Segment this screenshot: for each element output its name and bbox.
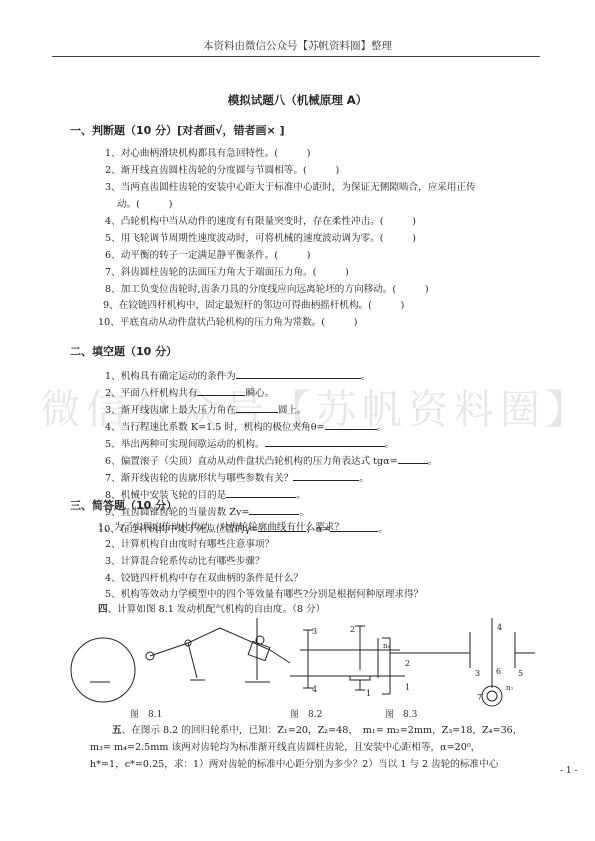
answer-blank-2[interactable] (197, 385, 245, 396)
fill-item-5: 5、举出两种可实现间歇运动的机构。。 (105, 436, 394, 451)
svg-text:3: 3 (475, 669, 480, 678)
judge-item-2: 2、渐开线直齿圆柱齿轮的分度圆与节圆相等。( ) (105, 164, 339, 177)
section-3-heading: 三、简答题（10 分） (70, 497, 177, 513)
answer-blank-8[interactable] (226, 487, 296, 498)
section-4-heading: 四、计算如图 8.1 发动机配气机构的自由度。（8 分） (98, 603, 325, 616)
judge-item-9: 9、在铰链四杆机构中，固定最短杆的邻边可得曲柄摇杆机构。( ) (103, 299, 404, 312)
figure-8-1-caption: 图 8.1 (130, 707, 162, 720)
svg-text:1: 1 (405, 683, 410, 692)
answer-blank-4[interactable] (325, 419, 377, 430)
svg-text:3: 3 (312, 627, 317, 636)
judge-item-8: 8、加工负变位齿轮时,齿条刀具的分度线应向远离轮坯的方向移动。( ) (105, 283, 429, 296)
answer-blank-9[interactable] (249, 504, 299, 515)
page-header: 本资料由微信公众号【苏帆资料圈】整理 (0, 38, 595, 53)
judge-item-5: 5、用飞轮调节周期性速度波动时，可将机械的速度波动调为零。( ) (105, 232, 416, 245)
svg-text:6: 6 (496, 667, 501, 676)
section-2-heading: 二、填空题（10 分） (70, 343, 177, 359)
answer-blank-3[interactable] (236, 402, 278, 413)
svg-text:n₁: n₁ (383, 642, 391, 650)
section-5-line-1: 五、在图示 8.2 的回归轮系中，已知：Z₁=20，Z₂=48， m₁= m₂=… (112, 724, 522, 737)
short-answer-5: 5、机构等效动力学模型中的四个等效量有哪些?分别是根据何种原理求得？ (105, 588, 423, 601)
figure-8-2-drawing: 3 2 4 1 (290, 625, 405, 698)
judge-item-3: 3、当两直齿圆柱齿轮的安装中心距大于标准中心距时，为保证无侧隙啮合，应采用正传 (105, 181, 476, 194)
svg-text:1: 1 (366, 689, 371, 698)
figure-8-2-caption: 图 8.2 (290, 707, 322, 720)
judge-item-10: 10、平底直动从动件盘状凸轮机构的压力角为常数。( ) (98, 316, 358, 329)
short-answer-3: 3、计算混合轮系传动比有哪些步骤？ (105, 555, 265, 568)
judge-item-6: 6、动平衡的转子一定满足静平衡条件。( ) (105, 249, 310, 262)
fill-item-7: 7、渐开线齿轮的齿廓形状与哪些参数有关？。 (105, 470, 369, 485)
short-answer-2: 2、计算机构自由度时有哪些注意事项？ (105, 538, 274, 551)
judge-item-7: 7、斜齿圆柱齿轮的法面压力角大于端面压力角。( ) (105, 266, 349, 279)
fill-item-6: 6、偏置滚子（尖顶）直动从动件盘状凸轮机构的压力角表达式 tgα=。 (105, 453, 437, 468)
answer-blank-5[interactable] (265, 436, 385, 447)
svg-text:2: 2 (405, 659, 410, 668)
fill-item-3: 3、渐开线齿廓上最大压力角在圆上。 (105, 402, 307, 417)
svg-text:n₇: n₇ (506, 684, 514, 692)
mechanism-figures: 3 2 4 1 n₁ 2 1 3 4 5 6 7 n₇ (60, 618, 540, 710)
judge-item-1: 1、对心曲柄滑块机构都具有急回特性。( ) (105, 147, 310, 160)
short-answer-4: 4、铰链四杆机构中存在双曲柄的条件是什么？ (105, 572, 303, 585)
short-answer-1: 1、为了实现定传动比传动，对齿轮轮廓曲线有什么要求？ (98, 521, 344, 534)
answer-blank-7[interactable] (293, 470, 359, 481)
page-title: 模拟试题八（机械原理 A） (0, 92, 595, 108)
figure-8-3-drawing: n₁ 2 1 3 4 5 6 7 n₇ (378, 618, 535, 706)
answer-blank-6[interactable] (398, 453, 428, 464)
judge-item-4: 4、凸轮机构中当从动件的速度有有限量突变时，存在柔性冲击。( ) (105, 215, 416, 228)
svg-text:5: 5 (518, 669, 523, 678)
header-rule (52, 56, 540, 57)
fill-item-1: 1、机构具有确定运动的条件为。 (105, 368, 370, 383)
answer-blank-1[interactable] (236, 368, 361, 379)
fill-item-4: 4、当行程速比系数 K=1.5 时，机构的极位夹角θ=。 (105, 419, 386, 434)
figure-8-3-caption: 图 8.3 (385, 707, 417, 720)
figure-8-1-drawing (71, 618, 290, 702)
section-5-line-3: h*=1，c*=0.25，求：1）两对齿轮的标准中心距分别为多少？2）当以 1 … (90, 758, 498, 771)
svg-text:4: 4 (312, 685, 317, 694)
svg-text:2: 2 (350, 625, 355, 634)
section-1-heading: 一、判断题（10 分）[对者画√，错者画× ] (70, 122, 285, 138)
judge-item-3-cont: 动。( ) (117, 198, 172, 211)
fill-item-2: 2、平面八杆机构共有瞬心。 (105, 385, 274, 400)
page-number: - 1 - (560, 766, 578, 776)
section-5-line-2: m₃= m₄=2.5mm 该两对齿轮均为标准渐开线直齿圆柱齿轮，且安装中心距相等… (90, 741, 480, 754)
svg-text:4: 4 (497, 623, 502, 632)
svg-text:7: 7 (477, 693, 482, 702)
